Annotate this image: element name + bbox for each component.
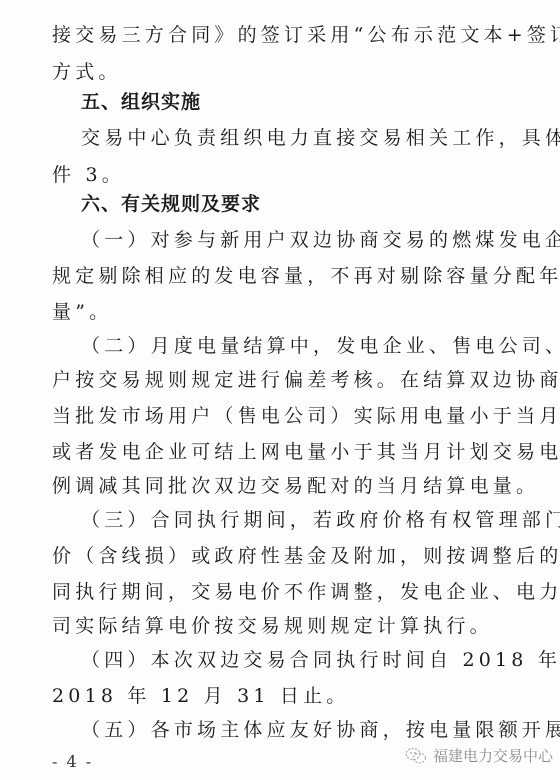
text-line: 司实际结算电价按交易规则规定计算执行。 bbox=[52, 614, 510, 638]
text-line: （二）月度电量结算中，发电企业、售电公司、批发市场用 bbox=[81, 334, 510, 358]
section-heading: 五、组织实施 bbox=[81, 90, 510, 114]
text-line: 同执行期间，交易电价不作调整，发电企业、电力用户、售电公 bbox=[52, 580, 510, 604]
watermark-text: 福建电力交易中心 bbox=[433, 745, 553, 766]
text-line: 交易中心负责组织电力直接交易相关工作，具体安排详见附 bbox=[81, 126, 510, 150]
text-line: 或者发电企业可结上网电量小于其当月计划交易电量时，则等比 bbox=[52, 440, 510, 464]
text-line: 例调减其同批次双边交易配对的当月结算电量。 bbox=[52, 474, 510, 498]
text-line: （三）合同执行期间，若政府价格有权管理部门调整输配电 bbox=[81, 508, 510, 532]
text-line: 件 3。 bbox=[52, 163, 510, 187]
text-line: 规定剔除相应的发电容量，不再对剔除容量分配年度“三公电 bbox=[52, 264, 510, 288]
text-line: 价（含线损）或政府性基金及附加，则按调整后的价格执行。合 bbox=[52, 544, 510, 568]
page-number: - 4 - bbox=[52, 752, 93, 771]
watermark: 福建电力交易中心 bbox=[405, 745, 553, 766]
text-line: 户按交易规则规定进行偏差考核。在结算双边协商交易电量时， bbox=[52, 368, 510, 392]
section-heading: 六、有关规则及要求 bbox=[81, 192, 510, 216]
document-page: 接交易三方合同》的签订采用“公布示范文本+签订交易确认单”方式。五、组织实施交易… bbox=[0, 0, 560, 780]
text-line: 当批发市场用户（售电公司）实际用电量小于当月计划交易电量 bbox=[52, 404, 510, 428]
text-line: 量”。 bbox=[52, 300, 510, 324]
text-line: 方式。 bbox=[52, 60, 510, 84]
text-line: 2018 年 12 月 31 日止。 bbox=[52, 684, 510, 708]
text-line: （四）本次双边交易合同执行时间自 2018 年 5 月 1 日起至 bbox=[81, 648, 510, 672]
text-line: （五）各市场主体应友好协商，按电量限额开展交易。购售 bbox=[81, 718, 510, 742]
text-line: 接交易三方合同》的签订采用“公布示范文本+签订交易确认单” bbox=[52, 23, 510, 47]
wechat-icon bbox=[405, 747, 427, 765]
text-line: （一）对参与新用户双边协商交易的燃煤发电企业按照有关 bbox=[81, 228, 510, 252]
